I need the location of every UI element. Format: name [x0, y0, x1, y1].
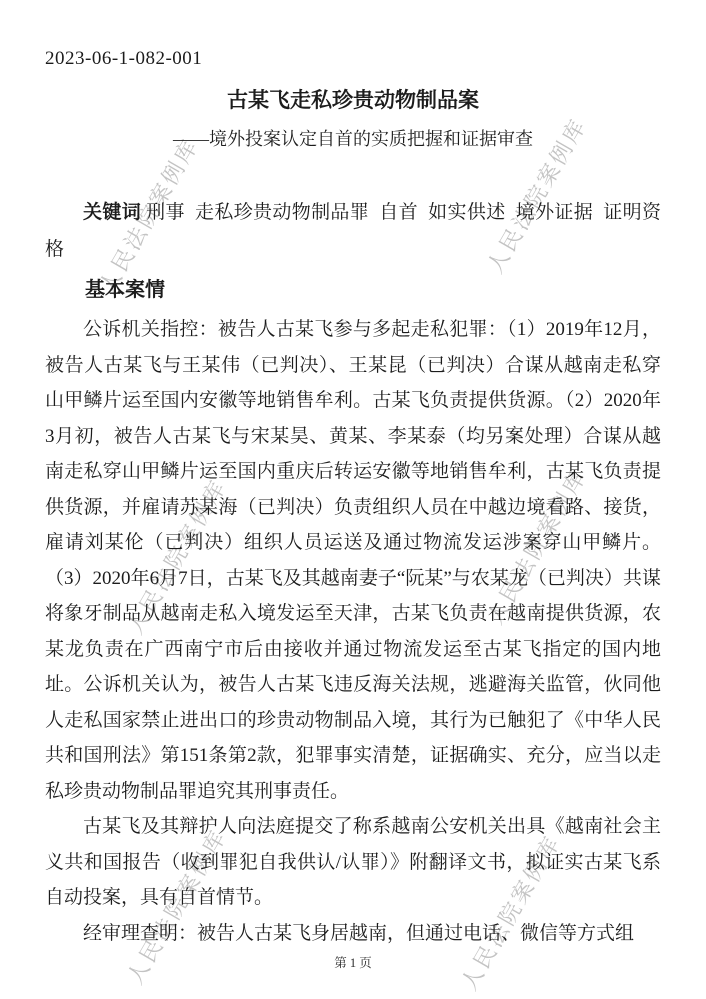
section-heading-basic-facts: 基本案情 — [45, 275, 661, 305]
document-page: 人民法院案例库 人民法院案例库 人民法院案例库 人民法院案例库 人民法院案例库 … — [0, 0, 706, 999]
case-subtitle: ——境外投案认定自首的实质把握和证据审查 — [45, 126, 661, 152]
body-paragraph-trial-findings: 经审理查明：被告人古某飞身居越南，但通过电话、微信等方式组 — [45, 916, 661, 952]
document-content: 2023-06-1-082-001 古某飞走私珍贵动物制品案 ——境外投案认定自… — [0, 0, 706, 951]
keywords-paragraph: 关键词 刑事 走私珍贵动物制品罪 自首 如实供述 境外证据 证明资格 — [45, 194, 661, 268]
page-footer: 第 1 页 — [0, 953, 706, 971]
body-paragraph-indictment: 公诉机关指控：被告人古某飞参与多起走私犯罪：（1）2019年12月，被告人古某飞… — [45, 312, 661, 809]
case-title: 古某飞走私珍贵动物制品案 — [45, 85, 661, 115]
body-paragraph-defense-evidence: 古某飞及其辩护人向法庭提交了称系越南公安机关出具《越南社会主义共和国报告（收到罪… — [45, 809, 661, 916]
keywords-label: 关键词 — [83, 202, 141, 223]
case-number: 2023-06-1-082-001 — [45, 46, 661, 72]
